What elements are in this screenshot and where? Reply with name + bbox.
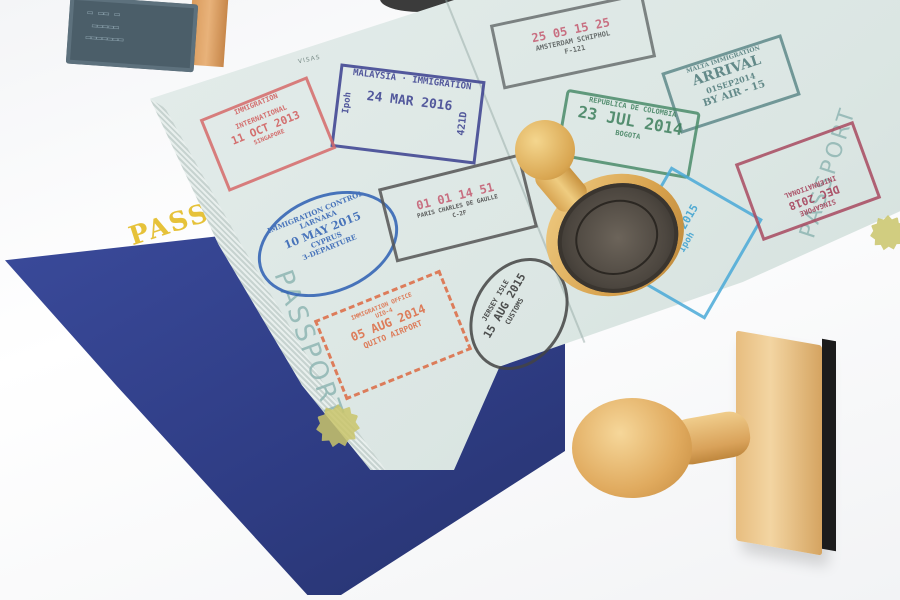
stamp-rubber-edge — [822, 339, 836, 551]
round-rubber-stamp — [515, 120, 685, 290]
stamp-malaysia: MALAYSIA · IMMIGRATION 24 MAR 2016 421D … — [330, 63, 485, 164]
stamp-knob — [515, 120, 575, 180]
rectangular-rubber-stamp — [560, 320, 890, 580]
stamp-knob — [572, 398, 692, 498]
